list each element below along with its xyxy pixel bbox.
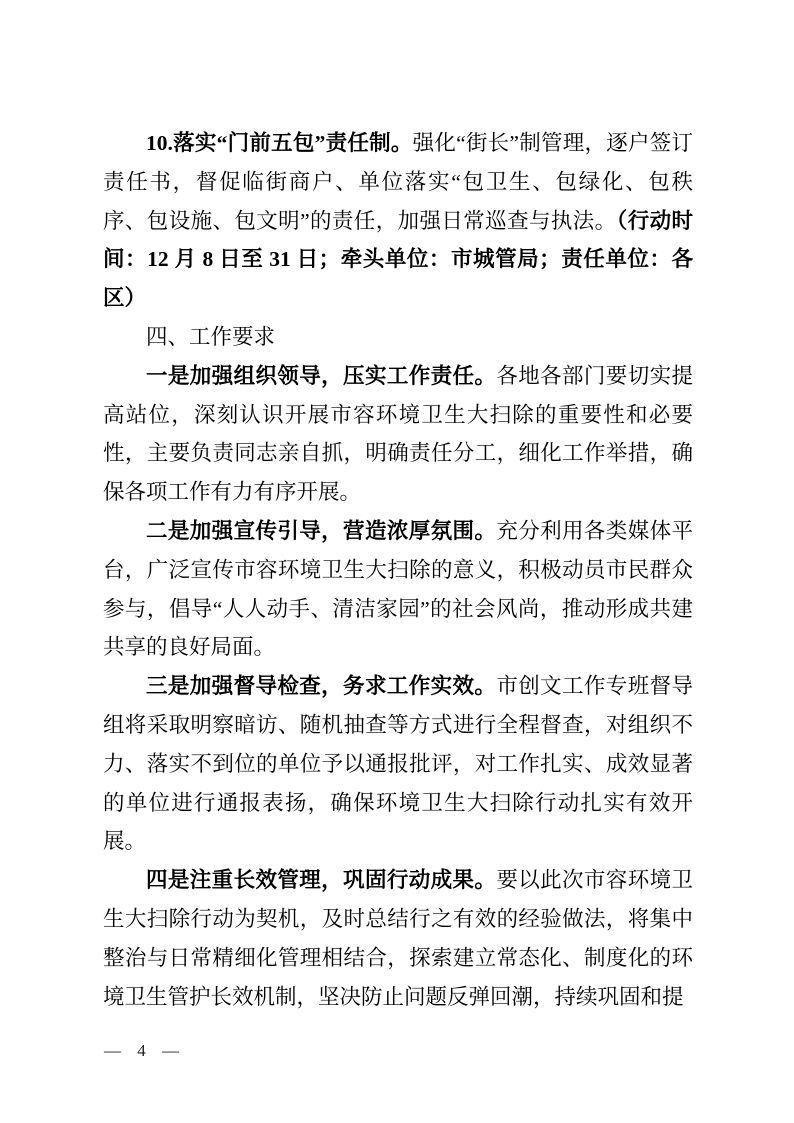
paragraph-requirement-3: 三是加强督导检查，务求工作实效。市创文工作专班督导组将采取明察暗访、随机抽查等方…	[103, 667, 693, 861]
document-page: 10.落实“门前五包”责任制。强化“街长”制管理，逐户签订责任书，督促临街商户、…	[0, 0, 794, 1123]
requirement-1-lead-bold: 一是加强组织领导，压实工作责任。	[146, 364, 496, 388]
document-body: 10.落实“门前五包”责任制。强化“街长”制管理，逐户签订责任书，督促临街商户、…	[103, 124, 693, 1016]
paragraph-requirement-2: 二是加强宣传引导，营造浓厚氛围。充分利用各类媒体平台，广泛宣传市容环境卫生大扫除…	[103, 512, 693, 667]
section-heading-work-requirements: 四、工作要求	[103, 318, 693, 357]
requirement-3-lead-bold: 三是加强督导检查，务求工作实效。	[146, 674, 496, 698]
page-footer: — 4 —	[104, 1040, 180, 1062]
requirement-2-lead-bold: 二是加强宣传引导，营造浓厚氛围。	[146, 519, 496, 543]
item-10-lead-bold: 10.落实“门前五包”责任制。	[146, 131, 413, 155]
paragraph-item-10: 10.落实“门前五包”责任制。强化“街长”制管理，逐户签订责任书，督促临街商户、…	[103, 124, 693, 318]
paragraph-requirement-1: 一是加强组织领导，压实工作责任。各地各部门要切实提高站位，深刻认识开展市容环境卫…	[103, 357, 693, 512]
page-number: — 4 —	[104, 1041, 180, 1060]
requirement-4-lead-bold: 四是注重长效管理，巩固行动成果。	[146, 868, 496, 892]
requirement-3-body-text: 市创文工作专班督导组将采取明察暗访、随机抽查等方式进行全程督查，对组织不力、落实…	[103, 674, 693, 853]
paragraph-requirement-4: 四是注重长效管理，巩固行动成果。要以此次市容环境卫生大扫除行动为契机，及时总结行…	[103, 861, 693, 1016]
